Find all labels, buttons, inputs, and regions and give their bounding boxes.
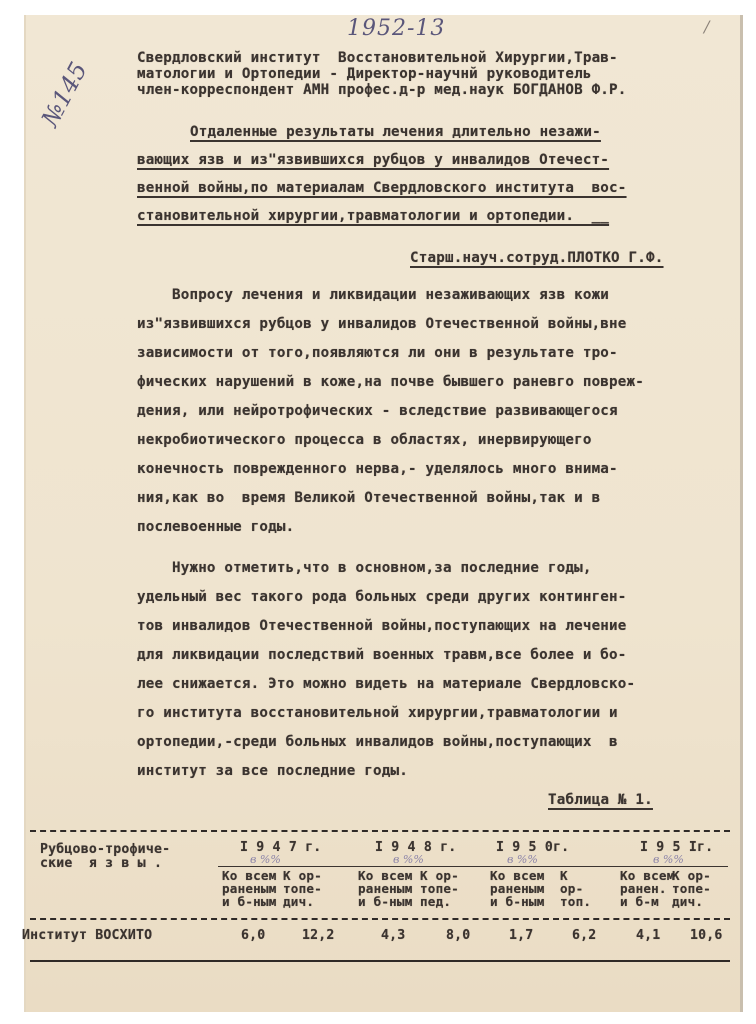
paragraph-line: институт за все последние годы. [137, 763, 408, 779]
paragraph-line: лее снижается. Это можно видеть на матер… [137, 676, 635, 692]
paragraph-line: дения, или нейротрофических - вследствие… [137, 403, 618, 419]
page-tick-mark: / [704, 17, 709, 36]
subheader-rule [218, 866, 728, 867]
table-cell: 6,2 [572, 928, 596, 943]
paragraph-line: ортопедии,-среди больных инвалидов войны… [137, 734, 618, 750]
column-subheader: топ. [560, 894, 591, 909]
table-cell: 10,6 [690, 928, 723, 943]
table-cell: 12,2 [302, 928, 335, 943]
paragraph-line: из"язвившихся рубцов у инвалидов Отечест… [137, 316, 627, 332]
column-subheader: и б-ным [358, 894, 412, 909]
table-cell: 4,1 [636, 928, 660, 943]
table-cell: 4,3 [381, 928, 405, 943]
column-subheader: и б-ным [222, 894, 276, 909]
header-line: матологии и Ортопедии - Директор-научнй … [137, 66, 592, 82]
paragraph-line: для ликвидации последствий военных травм… [137, 647, 627, 663]
table-cell: 8,0 [446, 928, 470, 943]
unit-label: в %% [393, 853, 424, 866]
paragraph-line: удельный вес такого рода больных среди д… [137, 589, 627, 605]
table-caption: Таблица № 1. [548, 792, 653, 808]
paragraph-line: конечность поврежденного нерва,- уделяло… [137, 461, 618, 477]
table-middle-rule [30, 918, 730, 920]
column-subheader: и б-ным [490, 894, 544, 909]
title-line: Отдаленные результаты лечения длительно … [190, 124, 601, 140]
column-subheader: и б-м [620, 894, 659, 909]
column-subheader: дич. [672, 894, 703, 909]
column-subheader: пед. [420, 894, 451, 909]
column-subheader: дич. [283, 894, 314, 909]
unit-label: в %% [653, 853, 684, 866]
paragraph-line: ния,как во время Великой Отечественной в… [137, 490, 600, 506]
paragraph-line: послевоенные годы. [137, 519, 294, 535]
row-label: Институт ВОСХИТО [22, 928, 152, 943]
table-cell: 6,0 [241, 928, 265, 943]
row-header-label: Рубцово-трофиче- [40, 842, 170, 857]
header-line: Свердловский институт Восстановительной … [137, 50, 618, 66]
paragraph-line: Нужно отметить,что в основном,за последн… [137, 560, 592, 576]
title-line: становительной хирургии,травматологии и … [137, 208, 609, 224]
paragraph-line: некробиотического процесса в областях, и… [137, 432, 592, 448]
row-header-label: ские я з в ы . [40, 856, 162, 871]
paragraph-line: зависимости от того,появляются ли они в … [137, 345, 618, 361]
unit-label: в %% [507, 853, 538, 866]
header-line: член-корреспондент АМН профес.д-р мед.на… [137, 82, 627, 98]
table-bottom-rule [30, 960, 730, 962]
page-edge [24, 15, 26, 1012]
paragraph-line: фических нарушений в коже,на почве бывше… [137, 374, 644, 390]
archive-number-handwritten: 1952-13 [347, 16, 445, 41]
paragraph-line: тов инвалидов Отечественной войны,поступ… [137, 618, 627, 634]
paragraph-line: Вопросу лечения и ликвидации незаживающи… [137, 287, 609, 303]
title-line: вающих язв и из"язвившихся рубцов у инва… [137, 152, 609, 168]
table-cell: 1,7 [509, 928, 533, 943]
title-line: венной войны,по материалам Свердловского… [137, 180, 627, 196]
unit-label: в %% [250, 853, 281, 866]
table-top-rule [30, 830, 730, 832]
paragraph-line: го института восстановительной хирургии,… [137, 705, 618, 721]
author-line: Старш.науч.сотруд.ПЛОТКО Г.Ф. [410, 250, 664, 266]
